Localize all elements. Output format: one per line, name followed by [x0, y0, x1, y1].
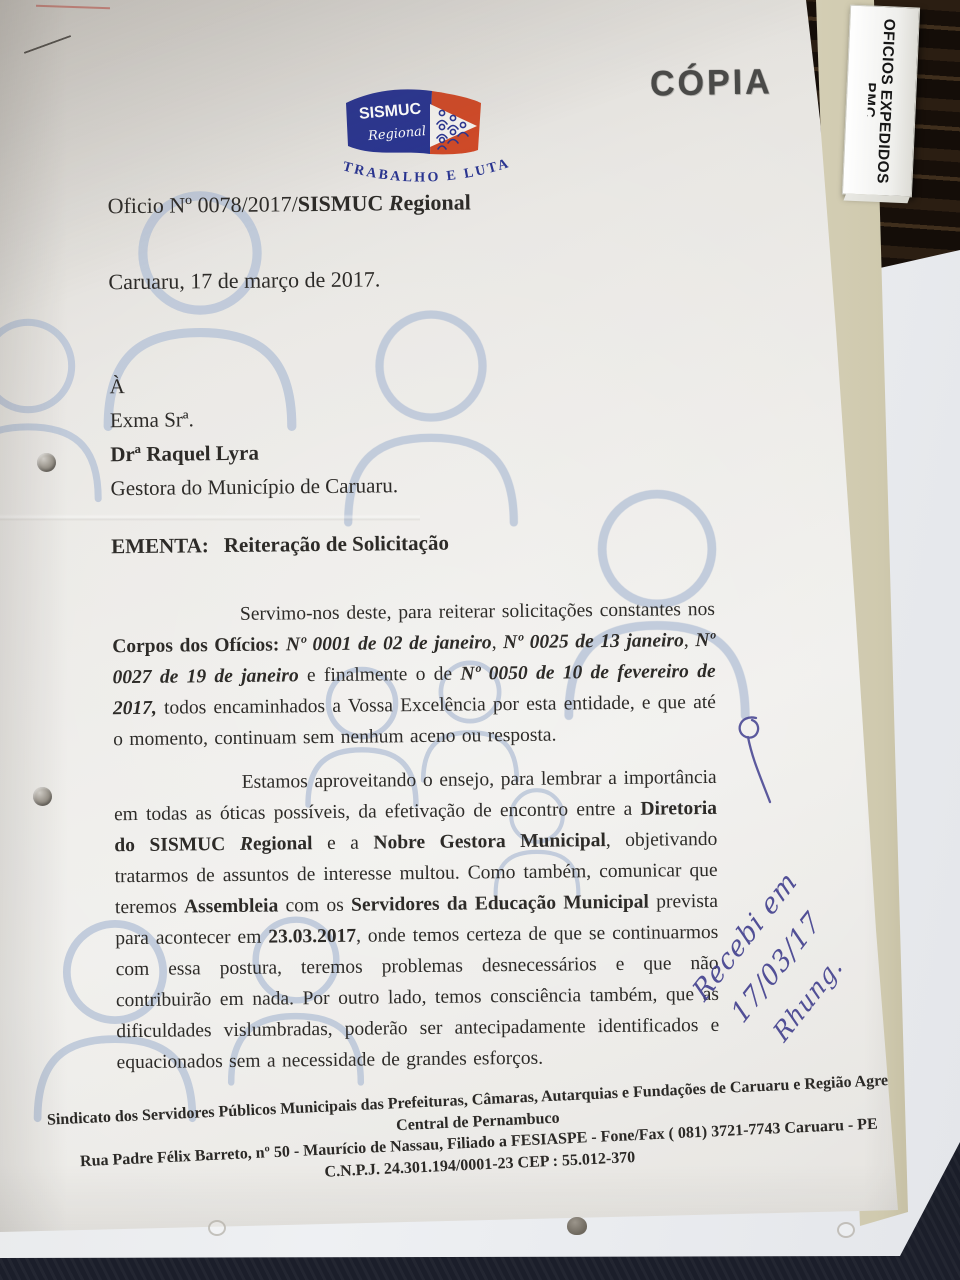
paragraph-2: Estamos aproveitando o ensejo, para lemb…: [114, 762, 720, 1078]
embossed-hole-left: [208, 1220, 226, 1236]
paragraph-1: Servimo-nos deste, para reiterar solicit…: [112, 594, 717, 755]
reference-number: Oficio Nº 0078/2017/SISMUC Regional: [108, 189, 471, 219]
recipient-salutation: Exma Srª.: [110, 400, 398, 437]
date-line: Caruaru, 17 de março de 2017.: [108, 266, 380, 295]
folder-index-tab: OFICIOS EXPEDIDOS PMC: [842, 5, 920, 198]
embossed-hole-right: [837, 1222, 855, 1238]
photographed-document: OFICIOS EXPEDIDOS PMC: [0, 0, 960, 1280]
subject-line: EMENTA:Reiteração de Solicitação: [111, 531, 449, 560]
recipient-block: À Exma Srª. Drª Raquel Lyra Gestora do M…: [109, 366, 398, 505]
letter-page: SISMUC Regional TRABALHO E LUTA CÓPIA Of…: [0, 0, 960, 1280]
subject-label: EMENTA:: [111, 533, 209, 558]
letter-content: Oficio Nº 0078/2017/SISMUC Regional Caru…: [0, 0, 960, 1280]
subject-text: Reiteração de Solicitação: [224, 531, 449, 557]
letter-body: Servimo-nos deste, para reiterar solicit…: [112, 594, 720, 1091]
tab-label: OFICIOS EXPEDIDOS PMC: [864, 7, 898, 196]
punch-hole-bottom: [567, 1217, 587, 1235]
recipient-role: Gestora do Município de Caruaru.: [110, 468, 398, 505]
recipient-name: Drª Raquel Lyra: [110, 434, 398, 471]
recipient-to: À: [109, 366, 397, 403]
pen-squiggle-mark: [730, 710, 780, 810]
